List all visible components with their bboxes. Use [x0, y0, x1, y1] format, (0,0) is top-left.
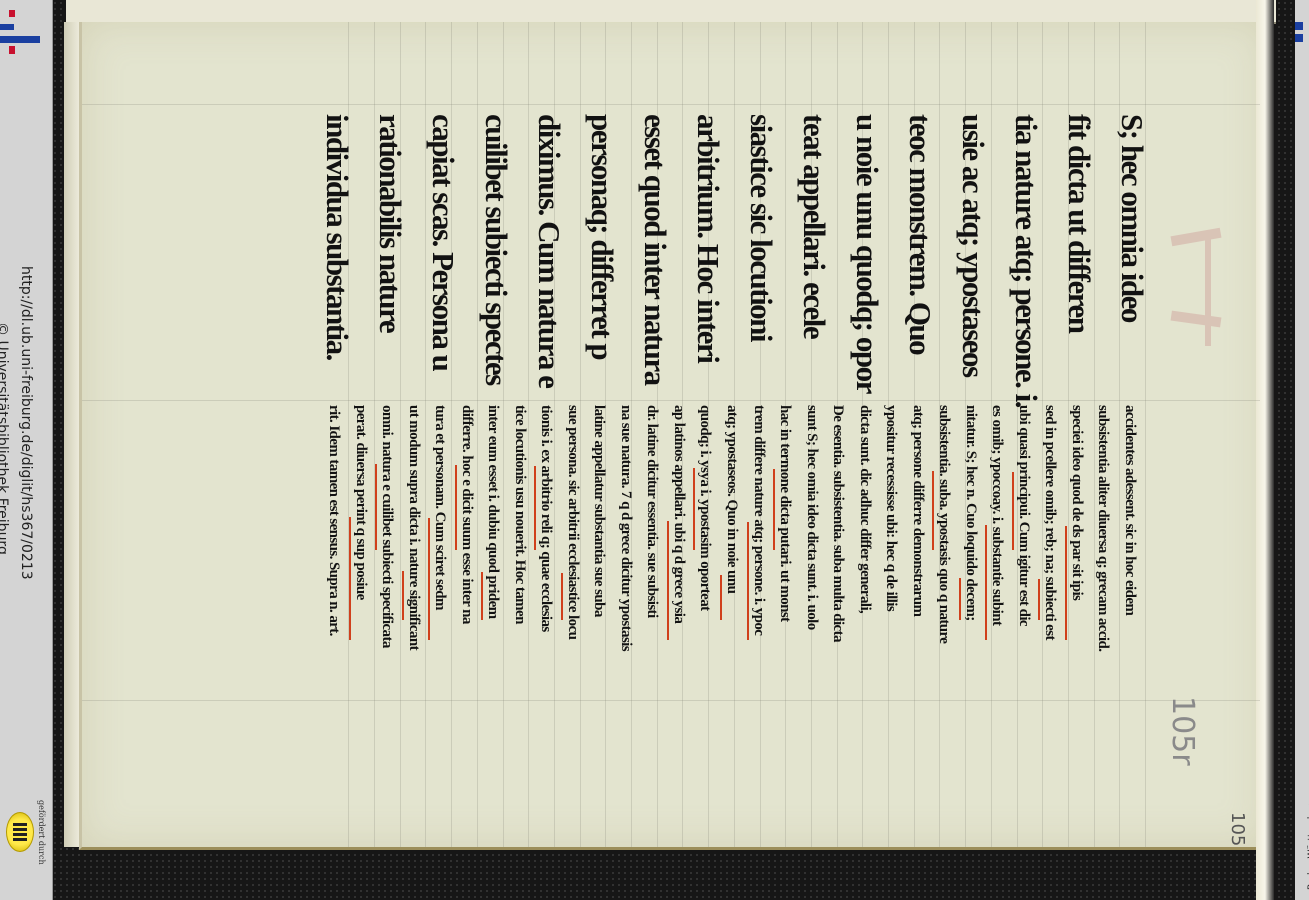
faded-red-initial [1165, 228, 1227, 358]
red-underline [349, 517, 351, 640]
gloss-text-line: latine appellatur substantia sue suba [590, 405, 607, 617]
main-text-line: cuilibet subiecti spectes [478, 114, 514, 385]
red-underline [693, 468, 695, 550]
gloss-text-line: rit. Idem tamen est sensus. Supra n. art… [325, 405, 342, 636]
red-underline [932, 471, 934, 550]
folio-number-pencil: 105r [1165, 696, 1200, 766]
main-text-line: usie ac atq; ypostaseos [955, 114, 991, 377]
gloss-text-line: differre. hoc e dicit suum esse inter na [458, 405, 475, 624]
red-underline [747, 522, 749, 640]
red-underline [667, 521, 669, 640]
main-text-line: fit dicta ut differen [1061, 114, 1097, 332]
gloss-text-line: dicta sunt. dic adhuc differ generali, [856, 405, 873, 613]
gloss-text-line: es omib; ypoccoay. i. substantie subint [988, 405, 1005, 625]
folio-number-ink: 105 [1227, 812, 1248, 846]
gloss-text-line: quodq; i. ysya i. ypostasim oporteat [696, 405, 713, 611]
ruling-line [82, 104, 1260, 105]
gloss-text-line: ubi quasi principui. Cum igitur est dic [1015, 405, 1032, 626]
gloss-text-line: ut modum supra dicta i. nature significa… [405, 405, 422, 650]
ruling-line [82, 700, 1260, 701]
main-text-line: arbitrium. Hoc interi [690, 114, 726, 362]
red-underline [1038, 579, 1040, 620]
ruling-line [528, 22, 529, 847]
facing-page-edge [66, 0, 1276, 24]
viewer-left-strip: http://dl.ub.uni-freiburg.de/diglit/hs36… [0, 0, 53, 900]
gloss-text-line: trem differe nature atq; persone. i. ypo… [750, 405, 767, 635]
page-fore-edge [1256, 0, 1274, 900]
gloss-text-line: tionis i. ex arbitrio reli q; quae eccle… [537, 405, 554, 632]
red-underline [455, 465, 457, 550]
viewer-right-strip: © Universitätsbibliothek Freiburg Baden-… [1295, 0, 1309, 900]
main-text-line: capiat scas. Persona u [425, 114, 461, 370]
red-underline [481, 572, 483, 620]
gloss-text-line: sed in pcellere omib; reb; na; subiecti … [1041, 405, 1058, 640]
gloss-text-line: omni. natura e cuilibet subiecti specifi… [378, 405, 395, 648]
gloss-text-line: atq; ypostaseos. Quo in noie unu [723, 405, 740, 593]
gloss-text-line: ypositur recessisse ubi: hec q de illis [882, 405, 899, 611]
red-underline [1065, 526, 1067, 640]
gloss-text-line: speciei ideo quod de ds par sit ipis [1068, 405, 1085, 600]
red-underline [720, 575, 722, 620]
ub-freiburg-logo-mirrored [1295, 22, 1309, 46]
main-text-line: rationabilis nature [372, 114, 408, 332]
funder-label: gefördert durch [37, 800, 46, 865]
gloss-text-line: tice locutionis usu nouerit. Hoc tamen [511, 405, 528, 624]
copyright-notice: © Universitätsbibliothek Freiburg [0, 322, 10, 555]
gloss-text-line: subsistentia aliter diuersa q; grecam ac… [1094, 405, 1111, 651]
gloss-text-line: hac in termone dicta putari. ut monst [776, 405, 793, 622]
main-text-line: esset quod inter natura [637, 114, 673, 385]
gloss-text-line: nitatur. S; hec n. Cuo loquido decem; [962, 405, 979, 621]
baden-wuerttemberg-logo [6, 812, 34, 852]
red-underline [561, 573, 563, 620]
red-underline [402, 571, 404, 620]
gloss-text-line: subsistentia. suba. ypostasis quo q natu… [935, 405, 952, 643]
main-text-line: siastice sic locutioni [743, 114, 779, 341]
main-text-line: S; hec omnia ideo [1114, 114, 1150, 322]
gloss-text-line: sunt S; hec omia ideo dicta sunt. i. uol… [803, 405, 820, 630]
permalink-url[interactable]: http://dl.ub.uni-freiburg.de/diglit/hs36… [18, 266, 34, 580]
gloss-text-line: atq; persone differre demonstrarum [909, 405, 926, 616]
ub-freiburg-logo[interactable] [0, 0, 44, 60]
gloss-text-line: ap latinos appellari. ubi q d grece ysia [670, 405, 687, 623]
red-underline [428, 518, 430, 640]
main-text-line: personaq; differret p [584, 114, 620, 359]
main-text-line: teoc monstrem. Quo [902, 114, 938, 354]
gloss-text-line: tura et personam. Cum sciret sedm [431, 405, 448, 610]
gloss-text-line: perat. diuersa perint q sup posiue [352, 405, 369, 600]
gloss-text-line: sue persona. sic arbitrii ecclesiastice … [564, 405, 581, 639]
gloss-text-line: De esentia. subsistentia. suba multa dic… [829, 405, 846, 642]
red-underline [959, 578, 961, 620]
main-text-line: tia nature atq; persone. i. [1008, 114, 1044, 407]
red-underline [985, 525, 987, 640]
gloss-text-line: dr. latine dicitur essentia. sue subsist… [643, 405, 660, 618]
red-underline [534, 466, 536, 550]
gloss-text-line: inter eum esset i. dubiu quod pridem [484, 405, 501, 619]
red-underline [375, 464, 377, 550]
main-text-line: u noie unu quodq; opor [849, 114, 885, 393]
main-text-line: diximus. Cum natura e [531, 114, 567, 387]
main-text-line: individua substantia. [319, 114, 355, 360]
gloss-text-line: accidentes adessent. sic in hoc eidem [1121, 405, 1138, 615]
main-text-line: teat appellari. ecele [796, 114, 832, 338]
ruling-line [82, 400, 1260, 401]
gloss-text-line: na sue natura. 7 q d grece dicitur ypost… [617, 405, 634, 651]
red-underline [1012, 472, 1014, 550]
red-underline [773, 469, 775, 550]
